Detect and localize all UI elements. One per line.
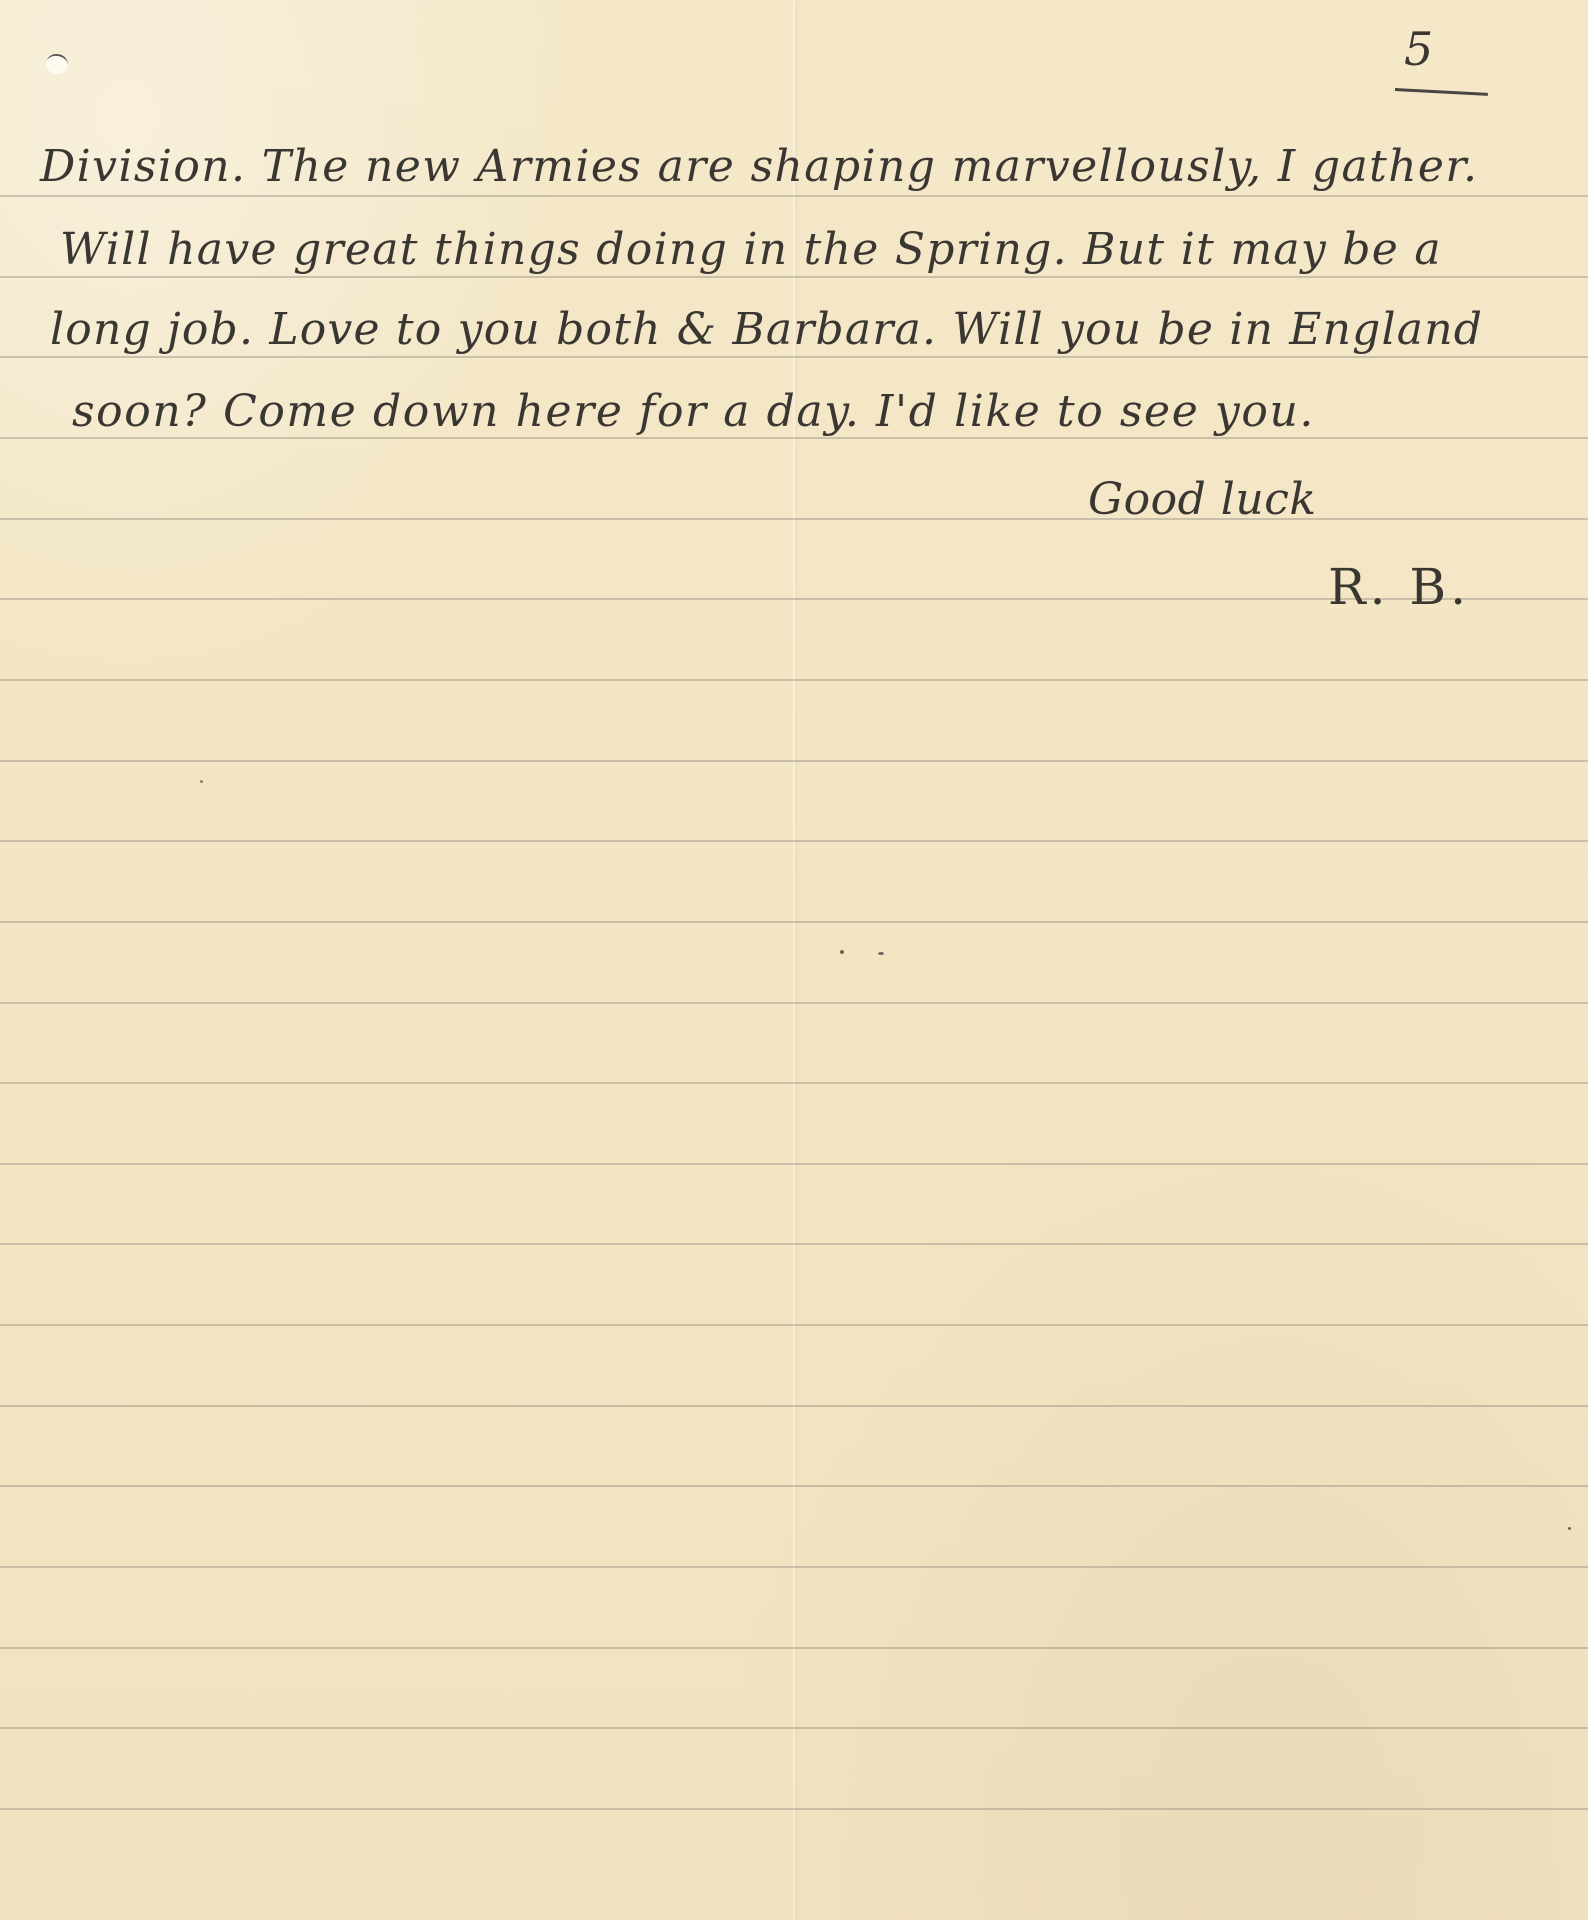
page-number: 5 [1404,22,1433,76]
ruled-line [0,276,1588,278]
ruled-line [0,1566,1588,1568]
paper-fold-crease [792,0,798,1920]
page-number-underline [1395,88,1488,96]
ruled-line [0,518,1588,520]
letter-page: 5 Division. The new Armies are shaping m… [0,0,1588,1920]
ruled-line [0,1163,1588,1165]
ruled-line [0,1324,1588,1326]
ruled-line [0,356,1588,358]
letter-signature: R. B. [1328,562,1470,612]
ruled-line [0,1002,1588,1004]
ruled-line [0,1405,1588,1407]
ruled-line [0,760,1588,762]
paper-speck [200,780,203,783]
paper-speck [878,952,884,955]
ruled-line [0,1082,1588,1084]
ruled-line [0,1647,1588,1649]
letter-line-3: long job. Love to you both & Barbara. Wi… [50,308,1483,352]
letter-line-2: Will have great things doing in the Spri… [60,228,1442,272]
ruled-line [0,1808,1588,1810]
ruled-line [0,1243,1588,1245]
ruled-line [0,840,1588,842]
letter-line-4: soon? Come down here for a day. I'd like… [72,390,1315,434]
paper-speck [840,950,844,954]
paper-punch-hole [44,52,69,76]
ruled-line [0,1727,1588,1729]
ruled-line [0,195,1588,197]
paper-speck [1568,1527,1571,1530]
ruled-line [0,437,1588,439]
ruled-line [0,679,1588,681]
ruled-line [0,1485,1588,1487]
ruled-line [0,921,1588,923]
letter-line-1: Division. The new Armies are shaping mar… [40,145,1478,189]
letter-closing: Good luck [1088,478,1317,522]
